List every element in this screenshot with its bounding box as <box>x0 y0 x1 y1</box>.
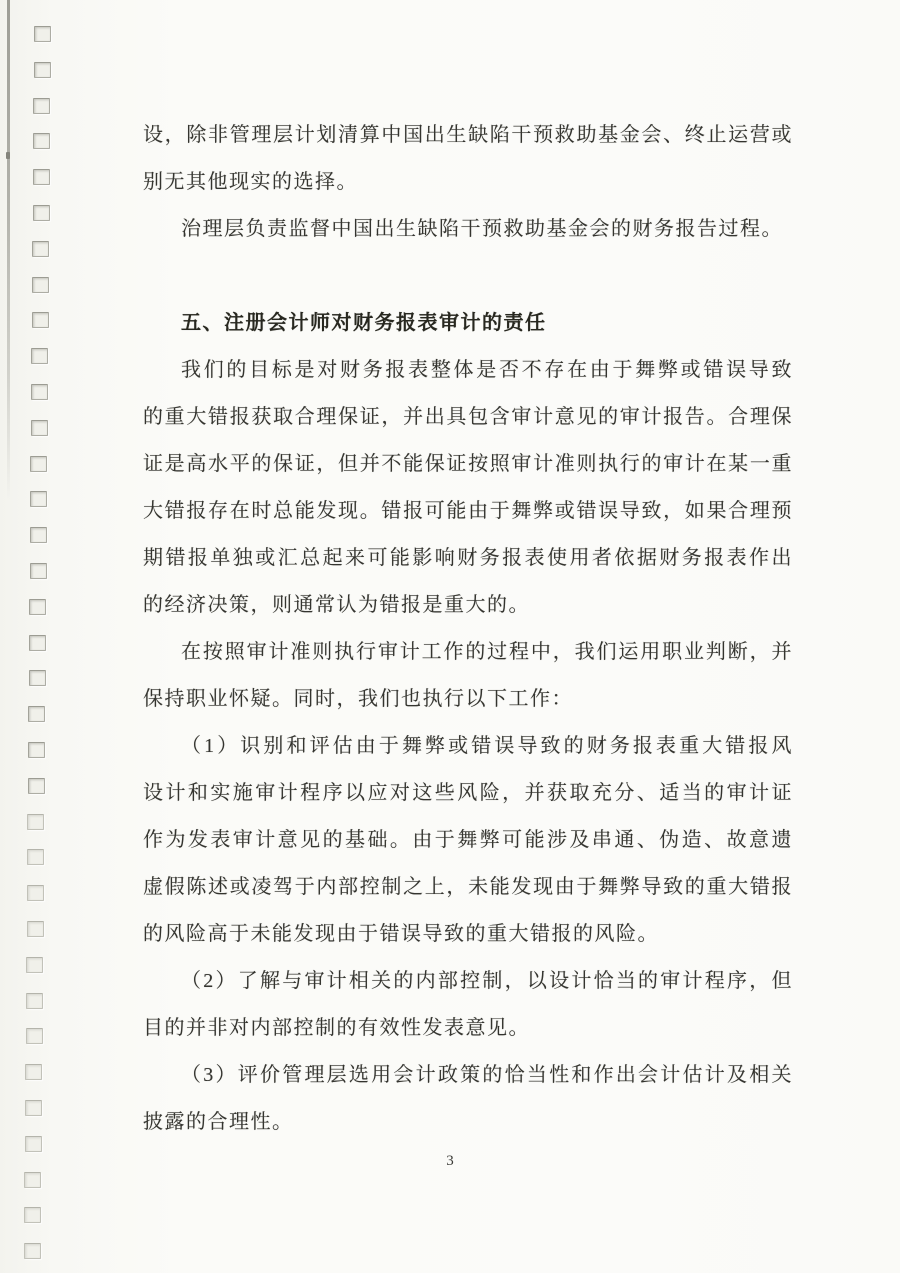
text-line: 虚假陈述或凌驾于内部控制之上，未能发现由于舞弊导致的重大错报 <box>143 864 793 911</box>
text-line: 设计和实施审计程序以应对这些风险，并获取充分、适当的审计证据， <box>143 770 793 817</box>
text-line: 的风险高于未能发现由于错误导致的重大错报的风险。 <box>143 911 793 958</box>
binding-hole <box>25 1100 42 1116</box>
binding-hole <box>29 635 46 651</box>
binding-hole <box>30 491 47 507</box>
binding-hole <box>34 62 51 78</box>
text-line: 设，除非管理层计划清算中国出生缺陷干预救助基金会、终止运营或 <box>143 112 793 159</box>
binding-hole <box>27 885 44 901</box>
text-line: 作为发表审计意见的基础。由于舞弊可能涉及串通、伪造、故意遗漏、 <box>143 817 793 864</box>
document-body: 设，除非管理层计划清算中国出生缺陷干预救助基金会、终止运营或别无其他现实的选择。… <box>143 112 793 1146</box>
binding-hole <box>33 98 50 114</box>
binding-hole <box>24 1243 41 1259</box>
binding-hole <box>26 993 43 1009</box>
text-line: （3）评价管理层选用会计政策的恰当性和作出会计估计及相关 <box>143 1052 793 1099</box>
binding-hole <box>29 599 46 615</box>
binding-hole <box>27 849 44 865</box>
text-line: 别无其他现实的选择。 <box>143 159 793 206</box>
binding-hole <box>31 420 48 436</box>
page-number: 3 <box>0 1146 900 1176</box>
text-line: 披露的合理性。 <box>143 1099 793 1146</box>
binding-hole <box>32 241 49 257</box>
section-heading-line: 五、注册会计师对财务报表审计的责任 <box>143 300 793 347</box>
binding-hole <box>28 742 45 758</box>
binding-hole <box>26 957 43 973</box>
binding-hole <box>29 670 46 686</box>
text-line: （1）识别和评估由于舞弊或错误导致的财务报表重大错报风险， <box>143 723 793 770</box>
text-line: 期错报单独或汇总起来可能影响财务报表使用者依据财务报表作出 <box>143 535 793 582</box>
text-line: （2）了解与审计相关的内部控制，以设计恰当的审计程序，但 <box>143 958 793 1005</box>
scanned-page: 设，除非管理层计划清算中国出生缺陷干预救助基金会、终止运营或别无其他现实的选择。… <box>0 0 900 1273</box>
text-line: 目的并非对内部控制的有效性发表意见。 <box>143 1005 793 1052</box>
binding-hole <box>25 1064 42 1080</box>
binding-hole <box>31 384 48 400</box>
text-line: 我们的目标是对财务报表整体是否不存在由于舞弊或错误导致 <box>143 347 793 394</box>
text-line: 保持职业怀疑。同时，我们也执行以下工作： <box>143 676 793 723</box>
text-line: 证是高水平的保证，但并不能保证按照审计准则执行的审计在某一重 <box>143 441 793 488</box>
text-line: 在按照审计准则执行审计工作的过程中，我们运用职业判断，并 <box>143 629 793 676</box>
binding-hole <box>32 312 49 328</box>
binding-hole <box>26 1028 43 1044</box>
binding-hole <box>33 133 50 149</box>
text-line: 大错报存在时总能发现。错报可能由于舞弊或错误导致，如果合理预 <box>143 488 793 535</box>
binding-hole <box>30 527 47 543</box>
binding-hole <box>30 563 47 579</box>
text-line: 的经济决策，则通常认为错报是重大的。 <box>143 582 793 629</box>
binding-hole <box>24 1207 41 1223</box>
binding-hole <box>31 348 48 364</box>
binding-hole <box>33 169 50 185</box>
binding-hole <box>27 814 44 830</box>
binding-hole <box>28 706 45 722</box>
blank-line <box>143 253 793 300</box>
binding-hole <box>30 456 47 472</box>
text-line: 治理层负责监督中国出生缺陷干预救助基金会的财务报告过程。 <box>143 206 793 253</box>
binding-hole <box>34 26 51 42</box>
binding-hole <box>32 277 49 293</box>
text-line: 的重大错报获取合理保证，并出具包含审计意见的审计报告。合理保 <box>143 394 793 441</box>
binding-hole <box>33 205 50 221</box>
binding-hole <box>28 778 45 794</box>
binding-hole <box>27 921 44 937</box>
